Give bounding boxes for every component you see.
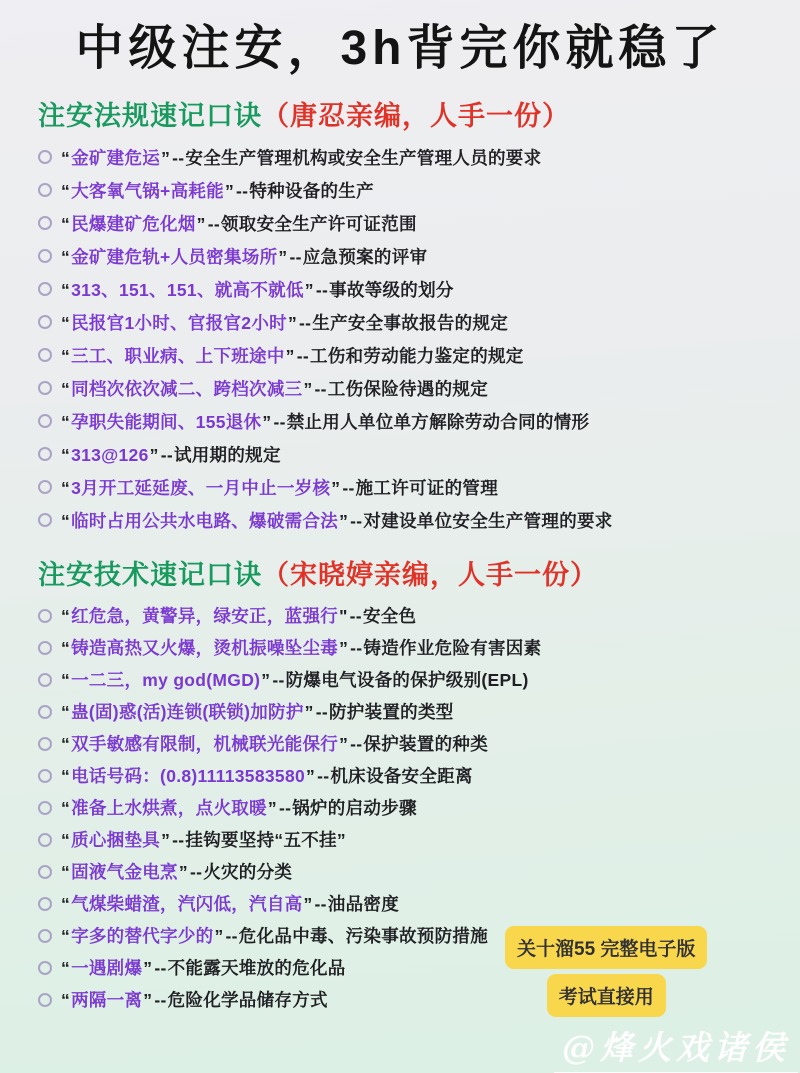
mnemonic-text: 民爆建矿危化烟 xyxy=(71,214,196,234)
open-quote: “ xyxy=(61,148,70,168)
close-quote: ” xyxy=(179,862,188,882)
circle-bullet-icon xyxy=(38,282,52,296)
open-quote: “ xyxy=(61,766,70,786)
close-quote: ” xyxy=(150,445,159,465)
dash-separator: -- xyxy=(289,247,301,267)
mnemonic-text: 气煤柴蜡渣，汽闪低，汽自高 xyxy=(71,894,302,914)
meaning-text: 特种设备的生产 xyxy=(249,181,374,201)
meaning-text: 安全色 xyxy=(363,606,416,626)
dash-separator: -- xyxy=(297,346,309,366)
mnemonic-item: “三工、职业病、上下班途中”--工伤和劳动能力鉴定的规定 xyxy=(38,339,800,372)
meaning-text: 铸造作业危险有害因素 xyxy=(363,638,541,658)
mnemonic-item: “固液气金电烹”--火灾的分类 xyxy=(38,856,800,888)
circle-bullet-icon xyxy=(38,381,52,395)
mnemonic-item: “3月开工延延废、一月中止一岁核”--施工许可证的管理 xyxy=(38,471,800,504)
dash-separator: -- xyxy=(342,478,354,498)
meaning-text: 工伤保险待遇的规定 xyxy=(328,379,488,399)
open-quote: “ xyxy=(61,280,70,300)
dash-separator: -- xyxy=(315,894,327,914)
circle-bullet-icon xyxy=(38,348,52,362)
meaning-text: 火灾的分类 xyxy=(203,862,292,882)
close-quote: ” xyxy=(261,670,270,690)
dash-separator: -- xyxy=(154,958,166,978)
close-quote: ” xyxy=(305,702,314,722)
circle-bullet-icon xyxy=(38,961,52,975)
section-heading: 注安技术速记口诀（宋晓婷亲编，人手一份） xyxy=(38,557,800,593)
mnemonic-item-text: “准备上水烘煮，点火取暖”--锅炉的启动步骤 xyxy=(60,795,417,820)
mnemonic-item: “313@126”--试用期的规定 xyxy=(38,438,800,471)
mnemonic-text: 铸造高热又火爆，烫机振噪坠尘毒 xyxy=(71,638,338,658)
circle-bullet-icon xyxy=(38,641,52,655)
section-heading-green: 注安法规速记口诀 xyxy=(38,101,262,131)
dash-separator: -- xyxy=(236,181,248,201)
dash-separator: -- xyxy=(350,606,362,626)
meaning-text: 领取安全生产许可证范围 xyxy=(221,214,417,234)
mnemonic-item-text: “双手敏感有限制，机械联光能保行”--保护装置的种类 xyxy=(60,731,488,756)
mnemonic-item: “双手敏感有限制，机械联光能保行”--保护装置的种类 xyxy=(38,728,800,760)
mnemonic-item: “一二三，my god(MGD)”--防爆电气设备的保护级别(EPL) xyxy=(38,664,800,696)
close-quote: ” xyxy=(278,247,287,267)
mnemonic-text: 金矿建危轨+人员密集场所 xyxy=(71,247,277,267)
dash-separator: -- xyxy=(226,926,238,946)
mnemonic-text: 电话号码：(0.8)11113583580 xyxy=(71,766,305,786)
open-quote: “ xyxy=(61,830,70,850)
meaning-text: 挂钩要坚持“五不挂” xyxy=(185,830,346,850)
mnemonic-text: 金矿建危运 xyxy=(71,148,160,168)
mnemonic-item-text: “民报官1小时、官报官2小时”--生产安全事故报告的规定 xyxy=(60,310,508,335)
mnemonic-text: 准备上水烘煮，点火取暖 xyxy=(71,798,267,818)
close-quote: ” xyxy=(303,379,312,399)
meaning-text: 不能露天堆放的危化品 xyxy=(168,958,346,978)
open-quote: “ xyxy=(61,926,70,946)
open-quote: “ xyxy=(61,958,70,978)
page-title: 中级注安，3h背完你就稳了 xyxy=(10,20,790,78)
mnemonic-item-text: “313@126”--试用期的规定 xyxy=(60,442,281,467)
mnemonic-item: “大客氧气锅+高耗能”--特种设备的生产 xyxy=(38,174,800,207)
mnemonic-item-text: “民爆建矿危化烟”--领取安全生产许可证范围 xyxy=(60,211,417,236)
close-quote: ” xyxy=(305,280,314,300)
mnemonic-item-text: “313、151、151、就高不就低”--事故等级的划分 xyxy=(60,277,454,302)
mnemonic-item: “金矿建危轨+人员密集场所”--应急预案的评审 xyxy=(38,240,800,273)
open-quote: “ xyxy=(61,379,70,399)
circle-bullet-icon xyxy=(38,929,52,943)
meaning-text: 安全生产管理机构或安全生产管理人员的要求 xyxy=(185,148,541,168)
mnemonic-item: “民报官1小时、官报官2小时”--生产安全事故报告的规定 xyxy=(38,306,800,339)
mnemonic-text: 孕职失能期间、155退休 xyxy=(71,412,261,432)
mnemonic-item-text: “一二三，my god(MGD)”--防爆电气设备的保护级别(EPL) xyxy=(60,667,529,692)
circle-bullet-icon xyxy=(38,833,52,847)
close-quote: ” xyxy=(161,148,170,168)
mnemonic-item-text: “质心捆垫具”--挂钩要坚持“五不挂” xyxy=(60,827,346,852)
mnemonic-item: “蛊(固)惑(活)连锁(联锁)加防护”--防护装置的类型 xyxy=(38,696,800,728)
mnemonic-text: 两隔一离 xyxy=(71,990,142,1010)
mnemonic-item-text: “字多的替代字少的”--危化品中毒、污染事故预防措施 xyxy=(60,923,488,948)
mnemonic-item-text: “金矿建危运”--安全生产管理机构或安全生产管理人员的要求 xyxy=(60,145,541,170)
mnemonic-text: 质心捆垫具 xyxy=(71,830,160,850)
mnemonic-text: 一遇剧爆 xyxy=(71,958,142,978)
meaning-text: 试用期的规定 xyxy=(174,445,281,465)
meaning-text: 保护装置的种类 xyxy=(363,734,488,754)
open-quote: “ xyxy=(61,638,70,658)
sections-container: 注安法规速记口诀（唐忍亲编，人手一份） “金矿建危运”--安全生产管理机构或安全… xyxy=(0,98,800,1016)
circle-bullet-icon xyxy=(38,216,52,230)
meaning-text: 防护装置的类型 xyxy=(329,702,454,722)
study-notes-page: 中级注安，3h背完你就稳了 注安法规速记口诀（唐忍亲编，人手一份） “金矿建危运… xyxy=(0,0,800,1073)
mnemonic-text: 3月开工延延废、一月中止一岁核 xyxy=(71,478,330,498)
open-quote: “ xyxy=(61,412,70,432)
mnemonic-item: “质心捆垫具”--挂钩要坚持“五不挂” xyxy=(38,824,800,856)
mnemonic-item-text: “同档次依次减二、跨档次减三”--工伤保险待遇的规定 xyxy=(60,376,488,401)
mnemonic-section: 注安法规速记口诀（唐忍亲编，人手一份） “金矿建危运”--安全生产管理机构或安全… xyxy=(0,98,800,537)
close-quote: ” xyxy=(225,181,234,201)
close-quote: ” xyxy=(339,734,348,754)
promo-badge: 关十溜55 完整电子版 考试直接用 xyxy=(505,926,707,1017)
circle-bullet-icon xyxy=(38,673,52,687)
mnemonic-item-text: “电话号码：(0.8)11113583580”--机床设备安全距离 xyxy=(60,763,473,788)
dash-separator: -- xyxy=(172,148,184,168)
promo-badge-line2: 考试直接用 xyxy=(547,974,666,1017)
close-quote: ” xyxy=(143,990,152,1010)
circle-bullet-icon xyxy=(38,705,52,719)
dash-separator: -- xyxy=(161,445,173,465)
circle-bullet-icon xyxy=(38,249,52,263)
mnemonic-item-text: “固液气金电烹”--火灾的分类 xyxy=(60,859,292,884)
mnemonic-text: 313、151、151、就高不就低 xyxy=(71,280,304,300)
mnemonic-item: “准备上水烘煮，点火取暖”--锅炉的启动步骤 xyxy=(38,792,800,824)
mnemonic-item-text: “红危急，黄警异，绿安正，蓝强行"--安全色 xyxy=(60,603,416,628)
dash-separator: -- xyxy=(190,862,202,882)
meaning-text: 防爆电气设备的保护级别(EPL) xyxy=(286,670,529,690)
mnemonic-item-text: “大客氧气锅+高耗能”--特种设备的生产 xyxy=(60,178,374,203)
close-quote: " xyxy=(339,606,348,626)
mnemonic-item: “金矿建危运”--安全生产管理机构或安全生产管理人员的要求 xyxy=(38,141,800,174)
circle-bullet-icon xyxy=(38,769,52,783)
close-quote: ” xyxy=(339,511,348,531)
open-quote: “ xyxy=(61,346,70,366)
open-quote: “ xyxy=(61,478,70,498)
mnemonic-list: “金矿建危运”--安全生产管理机构或安全生产管理人员的要求 “大客氧气锅+高耗能… xyxy=(38,141,800,537)
dash-separator: -- xyxy=(273,412,285,432)
mnemonic-item-text: “金矿建危轨+人员密集场所”--应急预案的评审 xyxy=(60,244,427,269)
circle-bullet-icon xyxy=(38,801,52,815)
circle-bullet-icon xyxy=(38,447,52,461)
meaning-text: 生产安全事故报告的规定 xyxy=(312,313,508,333)
meaning-text: 施工许可证的管理 xyxy=(356,478,498,498)
meaning-text: 禁止用人单位单方解除劳动合同的情形 xyxy=(287,412,590,432)
mnemonic-item: “铸造高热又火爆，烫机振噪坠尘毒”--铸造作业危险有害因素 xyxy=(38,632,800,664)
dash-separator: -- xyxy=(208,214,220,234)
circle-bullet-icon xyxy=(38,513,52,527)
mnemonic-item-text: “临时占用公共水电路、爆破需合法”--对建设单位安全生产管理的要求 xyxy=(60,508,613,533)
open-quote: “ xyxy=(61,214,70,234)
dash-separator: -- xyxy=(316,702,328,722)
close-quote: ” xyxy=(268,798,277,818)
mnemonic-text: 同档次依次减二、跨档次减三 xyxy=(71,379,302,399)
mnemonic-item: “电话号码：(0.8)11113583580”--机床设备安全距离 xyxy=(38,760,800,792)
close-quote: ” xyxy=(339,638,348,658)
mnemonic-item: “同档次依次减二、跨档次减三”--工伤保险待遇的规定 xyxy=(38,372,800,405)
section-heading: 注安法规速记口诀（唐忍亲编，人手一份） xyxy=(38,98,800,134)
open-quote: “ xyxy=(61,990,70,1010)
mnemonic-item-text: “蛊(固)惑(活)连锁(联锁)加防护”--防护装置的类型 xyxy=(60,699,454,724)
close-quote: ” xyxy=(161,830,170,850)
mnemonic-item-text: “孕职失能期间、155退休”--禁止用人单位单方解除劳动合同的情形 xyxy=(60,409,589,434)
open-quote: “ xyxy=(61,734,70,754)
mnemonic-item: “红危急，黄警异，绿安正，蓝强行"--安全色 xyxy=(38,600,800,632)
dash-separator: -- xyxy=(350,511,362,531)
dash-separator: -- xyxy=(272,670,284,690)
dash-separator: -- xyxy=(350,734,362,754)
close-quote: ” xyxy=(306,766,315,786)
close-quote: ” xyxy=(197,214,206,234)
dash-separator: -- xyxy=(350,638,362,658)
mnemonic-text: 民报官1小时、官报官2小时 xyxy=(71,313,287,333)
dash-separator: -- xyxy=(172,830,184,850)
mnemonic-item-text: “三工、职业病、上下班途中”--工伤和劳动能力鉴定的规定 xyxy=(60,343,524,368)
open-quote: “ xyxy=(61,445,70,465)
mnemonic-text: 红危急，黄警异，绿安正，蓝强行 xyxy=(71,606,338,626)
mnemonic-item: “气煤柴蜡渣，汽闪低，汽自高”--油品密度 xyxy=(38,888,800,920)
dash-separator: -- xyxy=(315,379,327,399)
circle-bullet-icon xyxy=(38,993,52,1007)
section-heading-green: 注安技术速记口诀 xyxy=(38,560,262,590)
open-quote: “ xyxy=(61,894,70,914)
open-quote: “ xyxy=(61,313,70,333)
watermark-signature: @烽火戏诸侯 xyxy=(554,1022,798,1073)
mnemonic-text: 字多的替代字少的 xyxy=(71,926,213,946)
meaning-text: 对建设单位安全生产管理的要求 xyxy=(363,511,612,531)
dash-separator: -- xyxy=(279,798,291,818)
close-quote: ” xyxy=(286,346,295,366)
dash-separator: -- xyxy=(299,313,311,333)
circle-bullet-icon xyxy=(38,865,52,879)
mnemonic-item: “313、151、151、就高不就低”--事故等级的划分 xyxy=(38,273,800,306)
mnemonic-text: 临时占用公共水电路、爆破需合法 xyxy=(71,511,338,531)
mnemonic-item: “民爆建矿危化烟”--领取安全生产许可证范围 xyxy=(38,207,800,240)
meaning-text: 油品密度 xyxy=(328,894,399,914)
open-quote: “ xyxy=(61,862,70,882)
dash-separator: -- xyxy=(154,990,166,1010)
meaning-text: 锅炉的启动步骤 xyxy=(292,798,417,818)
close-quote: ” xyxy=(262,412,271,432)
mnemonic-text: 一二三，my god(MGD) xyxy=(71,670,260,690)
close-quote: ” xyxy=(303,894,312,914)
meaning-text: 事故等级的划分 xyxy=(329,280,454,300)
circle-bullet-icon xyxy=(38,897,52,911)
section-heading-red: （唐忍亲编，人手一份） xyxy=(262,101,570,131)
mnemonic-text: 双手敏感有限制，机械联光能保行 xyxy=(71,734,338,754)
meaning-text: 危化品中毒、污染事故预防措施 xyxy=(239,926,488,946)
circle-bullet-icon xyxy=(38,480,52,494)
open-quote: “ xyxy=(61,702,70,722)
mnemonic-text: 蛊(固)惑(活)连锁(联锁)加防护 xyxy=(71,702,304,722)
circle-bullet-icon xyxy=(38,414,52,428)
circle-bullet-icon xyxy=(38,737,52,751)
close-quote: ” xyxy=(288,313,297,333)
circle-bullet-icon xyxy=(38,609,52,623)
circle-bullet-icon xyxy=(38,183,52,197)
dash-separator: -- xyxy=(317,766,329,786)
close-quote: ” xyxy=(331,478,340,498)
mnemonic-item-text: “两隔一离”--危险化学品储存方式 xyxy=(60,987,328,1012)
meaning-text: 应急预案的评审 xyxy=(303,247,428,267)
dash-separator: -- xyxy=(316,280,328,300)
mnemonic-item-text: “一遇剧爆”--不能露天堆放的危化品 xyxy=(60,955,346,980)
section-heading-red: （宋晓婷亲编，人手一份） xyxy=(262,560,598,590)
mnemonic-item: “孕职失能期间、155退休”--禁止用人单位单方解除劳动合同的情形 xyxy=(38,405,800,438)
open-quote: “ xyxy=(61,606,70,626)
meaning-text: 危险化学品储存方式 xyxy=(168,990,328,1010)
open-quote: “ xyxy=(61,670,70,690)
circle-bullet-icon xyxy=(38,315,52,329)
meaning-text: 工伤和劳动能力鉴定的规定 xyxy=(310,346,524,366)
mnemonic-text: 313@126 xyxy=(71,445,149,465)
mnemonic-text: 大客氧气锅+高耗能 xyxy=(71,181,224,201)
mnemonic-text: 三工、职业病、上下班途中 xyxy=(71,346,285,366)
mnemonic-item-text: “3月开工延延废、一月中止一岁核”--施工许可证的管理 xyxy=(60,475,498,500)
open-quote: “ xyxy=(61,511,70,531)
mnemonic-text: 固液气金电烹 xyxy=(71,862,178,882)
close-quote: ” xyxy=(143,958,152,978)
close-quote: ” xyxy=(214,926,223,946)
promo-badge-line1: 关十溜55 完整电子版 xyxy=(505,926,707,969)
meaning-text: 机床设备安全距离 xyxy=(330,766,472,786)
mnemonic-item: “临时占用公共水电路、爆破需合法”--对建设单位安全生产管理的要求 xyxy=(38,504,800,537)
mnemonic-item-text: “气煤柴蜡渣，汽闪低，汽自高”--油品密度 xyxy=(60,891,399,916)
circle-bullet-icon xyxy=(38,150,52,164)
open-quote: “ xyxy=(61,798,70,818)
mnemonic-item-text: “铸造高热又火爆，烫机振噪坠尘毒”--铸造作业危险有害因素 xyxy=(60,635,541,660)
open-quote: “ xyxy=(61,247,70,267)
open-quote: “ xyxy=(61,181,70,201)
